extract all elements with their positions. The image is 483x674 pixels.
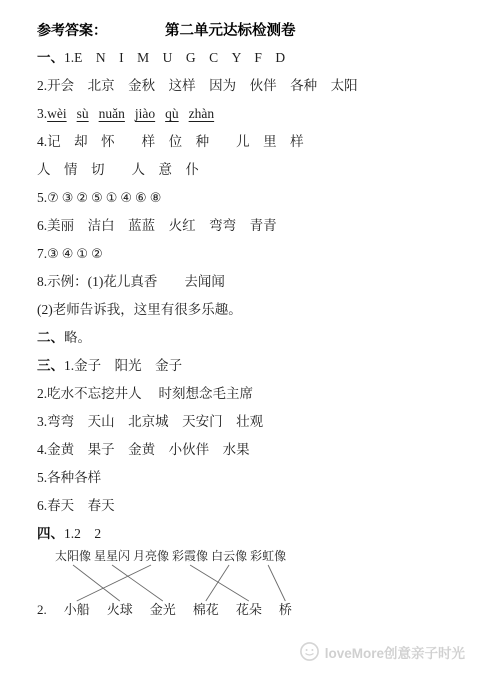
- answer-text: 6.春天 春天: [37, 498, 115, 513]
- answer-line-17: 6.春天 春天: [37, 492, 483, 520]
- answer-text: 3.弯弯 天山 北京城 天安门 壮观: [37, 414, 263, 429]
- answer-text: 5.各种各样: [37, 470, 101, 485]
- watermark: loveMore创意亲子时光: [299, 641, 465, 662]
- match-bottom-word: 火球: [107, 602, 133, 618]
- answer-prefix: 7.: [37, 246, 47, 261]
- answer-line-18: 四、1.2 2: [37, 520, 483, 548]
- section-marker-2: 二、: [37, 330, 64, 345]
- answer-text: 2.吃水不忘挖井人 时刻想念毛主席: [37, 386, 253, 401]
- section-marker-3: 三、: [37, 358, 64, 373]
- watermark-text: loveMore创意亲子时光: [325, 642, 465, 662]
- answer-text: 1.E N I M U G C Y F D: [64, 50, 285, 65]
- answer-text: 6.美丽 洁白 蓝蓝 火红 弯弯 青青: [37, 218, 277, 233]
- match-bottom-word: 桥: [279, 602, 292, 618]
- circled-number-sequence: ③④①②: [47, 247, 106, 262]
- answer-line-4: 4.记 却 怀 样 位 种 儿 里 样: [37, 128, 483, 156]
- answer-line-6-sequence: 5.⑦③②⑤①④⑥⑧: [37, 184, 483, 212]
- match-top-word: 星星闪: [94, 548, 130, 564]
- pinyin-item: zhàn: [189, 106, 214, 121]
- answer-line-1: 一、1.E N I M U G C Y F D: [37, 44, 483, 72]
- pinyin-item: nuǎn: [99, 106, 125, 121]
- answer-line-9: 8.示例：(1)花儿真香 去闻闻: [37, 268, 483, 296]
- match-bottom-word: 花朵: [236, 602, 262, 618]
- match-item-label: 2.: [37, 602, 47, 618]
- match-top-word: 太阳像: [55, 548, 91, 564]
- answer-sheet-page: 参考答案：第二单元达标检测卷 一、1.E N I M U G C Y F D 2…: [0, 0, 483, 674]
- answer-line-11: 二、略。: [37, 324, 483, 352]
- answer-text: 1.金子 阳光 金子: [64, 358, 182, 373]
- match-bottom-word: 小船: [64, 602, 90, 618]
- circled-number-sequence: ⑦③②⑤①④⑥⑧: [47, 191, 164, 206]
- answer-line-5: 人 情 切 人 意 仆: [37, 156, 483, 184]
- answer-line-7: 6.美丽 洁白 蓝蓝 火红 弯弯 青青: [37, 212, 483, 240]
- answer-text: 4.金黄 果子 金黄 小伙伴 水果: [37, 442, 250, 457]
- page-header: 参考答案：第二单元达标检测卷: [37, 16, 483, 44]
- answer-text: 人 情 切 人 意 仆: [37, 162, 199, 177]
- answer-line-14: 3.弯弯 天山 北京城 天安门 壮观: [37, 408, 483, 436]
- answer-line-10: (2)老师告诉我，这里有很多乐趣。: [37, 296, 483, 324]
- answer-line-2: 2.开会 北京 金秋 这样 因为 伙伴 各种 太阳: [37, 72, 483, 100]
- answers-label: 参考答案：: [37, 22, 107, 38]
- match-top-word: 白云像: [211, 548, 247, 564]
- answer-line-12: 三、1.金子 阳光 金子: [37, 352, 483, 380]
- pinyin-item: wèi: [47, 106, 67, 121]
- matching-diagram: 太阳像星星闪月亮像彩霞像白云像彩虹像 2.小船火球金光棉花花朵桥: [37, 548, 483, 618]
- match-bottom-word: 棉花: [193, 602, 219, 618]
- match-top-word: 月亮像: [133, 548, 169, 564]
- answer-text: 4.记 却 怀 样 位 种 儿 里 样: [37, 134, 304, 149]
- pinyin-item: qù: [165, 106, 179, 121]
- answer-line-16: 5.各种各样: [37, 464, 483, 492]
- answer-line-3-pinyin: 3.wèisùnuǎnjiàoqùzhàn: [37, 100, 483, 128]
- answer-prefix: 5.: [37, 190, 47, 205]
- answer-text: (2)老师告诉我，这里有很多乐趣。: [37, 302, 242, 317]
- match-bottom-row: 2.小船火球金光棉花花朵桥: [37, 602, 483, 618]
- answer-line-13: 2.吃水不忘挖井人 时刻想念毛主席: [37, 380, 483, 408]
- match-top-word: 彩虹像: [250, 548, 286, 564]
- page-title: 第二单元达标检测卷: [165, 23, 296, 39]
- lovemore-logo-icon: [299, 641, 320, 662]
- answer-text: 1.2 2: [64, 526, 101, 541]
- pinyin-item: sù: [77, 106, 89, 121]
- match-top-row: 太阳像星星闪月亮像彩霞像白云像彩虹像: [55, 548, 483, 564]
- answer-text: 略。: [64, 330, 91, 345]
- match-top-word: 彩霞像: [172, 548, 208, 564]
- answer-text: 8.示例：(1)花儿真香 去闻闻: [37, 274, 225, 289]
- match-bottom-word: 金光: [150, 602, 176, 618]
- match-connector-lines: [37, 564, 483, 602]
- section-marker-1: 一、: [37, 50, 64, 65]
- answer-line-15: 4.金黄 果子 金黄 小伙伴 水果: [37, 436, 483, 464]
- pinyin-item: jiào: [135, 106, 155, 121]
- answer-line-8-sequence: 7.③④①②: [37, 240, 483, 268]
- section-marker-4: 四、: [37, 526, 64, 541]
- answer-prefix: 3.: [37, 106, 47, 121]
- answer-text: 2.开会 北京 金秋 这样 因为 伙伴 各种 太阳: [37, 78, 358, 93]
